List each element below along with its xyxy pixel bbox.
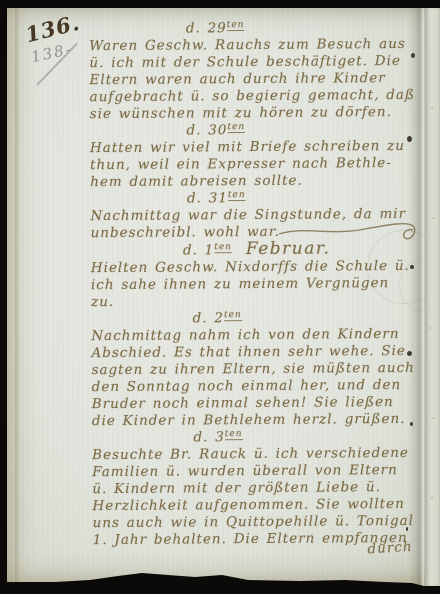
date-ordinal: ten [224,310,242,321]
date-number: 31 [209,190,228,206]
binding-fold-gutter [408,8,425,586]
date-number: 2 [214,310,224,326]
date-ordinal: ten [228,190,246,201]
diary-entry: d. 3ten Besuchte Br. Rauck ü. ich versch… [92,428,419,549]
manuscript-text: d. 29ten Waren Geschw. Rauchs zum Besuch… [89,19,419,566]
date-ordinal: ten [227,20,245,31]
date-prefix: d. [186,122,201,138]
paper-sheet: 136. 138- d. 29ten Waren Geschw. Rauchs … [7,8,438,586]
date-prefix: d. [186,20,201,36]
entry-body-text: Waren Geschw. Rauchs zum Besuch aus ü. i… [89,36,416,123]
manuscript-scan: 136. 138- d. 29ten Waren Geschw. Rauchs … [0,0,440,594]
date-number: 1 [205,242,215,258]
date-number: 3 [215,429,225,445]
date-prefix: d. [193,310,208,326]
date-prefix: d. [193,429,208,445]
diary-entry: d. 1ten Februar. Hielten Geschw. Nixdorf… [91,240,417,311]
date-number: 29 [207,20,226,36]
entry-body-text: Hielten Geschw. Nixdorffs die Schule ü. … [91,258,417,311]
diary-entry: d. 2ten Nachmittag nahm ich von den Kind… [91,309,418,430]
diary-entry: d. 30ten Hatten wir viel mit Briefe schr… [90,121,416,191]
date-number: 30 [208,122,227,138]
folio-number-ink: 136. [23,10,83,48]
diary-entry: d. 29ten Waren Geschw. Rauchs zum Besuch… [89,19,416,123]
date-ordinal: ten [214,242,232,253]
date-ordinal: ten [227,122,245,133]
date-prefix: d. [187,190,202,206]
date-ordinal: ten [225,429,243,440]
adjacent-page-ink-traces [428,68,438,528]
pen-flourish [275,214,425,250]
left-edge-crease [15,8,20,586]
entry-body-text: Hatten wir viel mit Briefe schreiben zu … [90,138,416,191]
entry-body-text: Nachmittag nahm ich von den Kindern Absc… [91,326,418,430]
entry-body-text: Besuchte Br. Rauck ü. ich verschiedene F… [92,445,419,549]
date-prefix: d. [183,242,198,258]
